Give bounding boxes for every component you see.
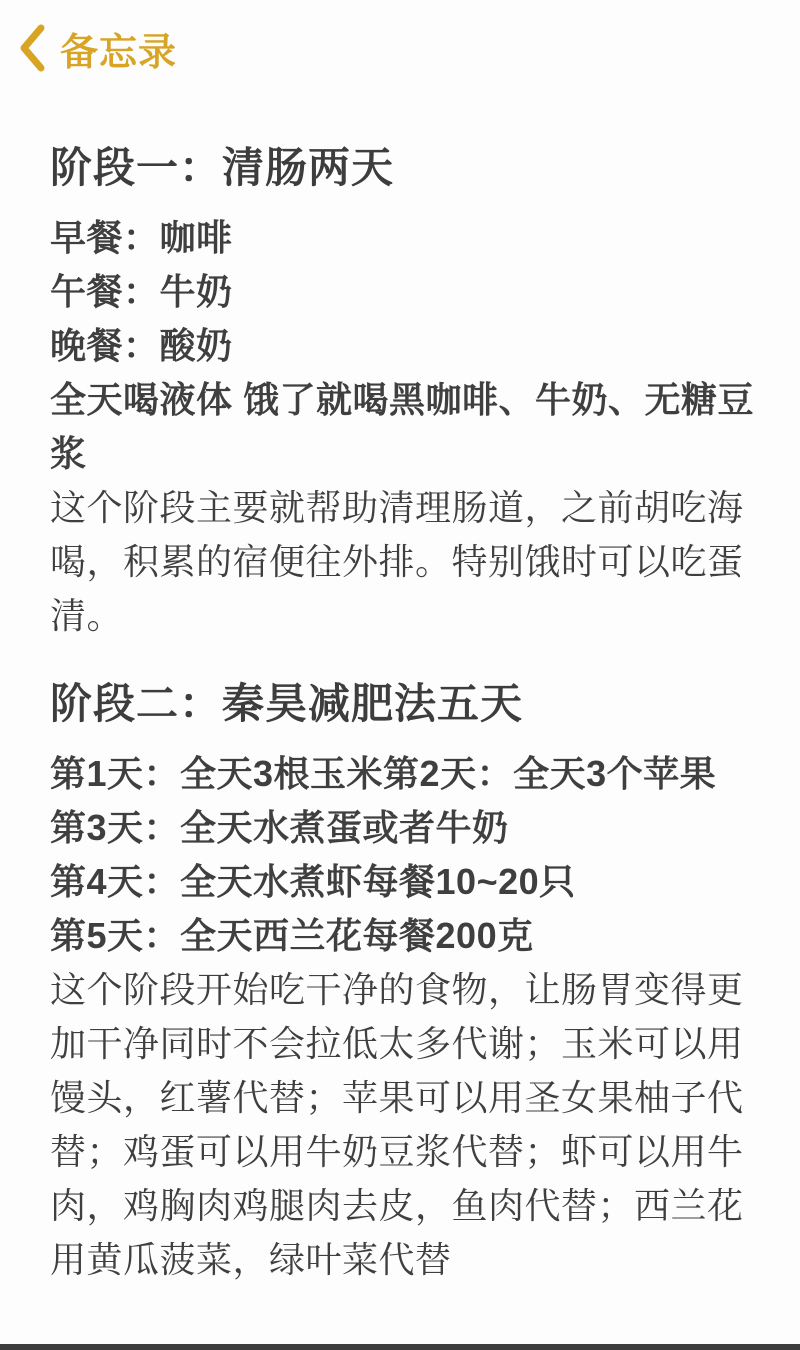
meal-line-breakfast: 早餐：咖啡 — [50, 211, 755, 265]
day-line-1-2: 第1天：全天3根玉米第2天：全天3个苹果 — [50, 747, 755, 801]
stage-two-heading: 阶段二：秦昊减肥法五天 — [50, 678, 755, 730]
day-line-5: 第5天：全天西兰花每餐200克 — [50, 909, 755, 963]
meal-line-allday: 全天喝液体 饿了就喝黑咖啡、牛奶、无糖豆浆 — [50, 373, 755, 481]
day-line-4: 第4天：全天水煮虾每餐10~20只 — [50, 855, 755, 909]
meal-line-lunch: 午餐：牛奶 — [50, 265, 755, 319]
top-navigation-bar: 备忘录 — [0, 0, 800, 76]
stage-two-paragraph: 这个阶段开始吃干净的食物，让肠胃变得更加干净同时不会拉低太多代谢；玉米可以用馒头… — [50, 963, 755, 1287]
back-chevron-icon — [16, 22, 48, 74]
stage-two-body: 第1天：全天3根玉米第2天：全天3个苹果 第3天：全天水煮蛋或者牛奶 第4天：全… — [50, 747, 755, 1287]
back-button[interactable]: 备忘录 — [16, 21, 177, 76]
section-stage-one: 阶段一：清肠两天 早餐：咖啡 午餐：牛奶 晚餐：酸奶 全天喝液体 饿了就喝黑咖啡… — [50, 142, 755, 643]
back-label[interactable]: 备忘录 — [60, 21, 177, 76]
note-content: 阶段一：清肠两天 早餐：咖啡 午餐：牛奶 晚餐：酸奶 全天喝液体 饿了就喝黑咖啡… — [0, 142, 800, 1287]
section-stage-two: 阶段二：秦昊减肥法五天 第1天：全天3根玉米第2天：全天3个苹果 第3天：全天水… — [50, 678, 755, 1287]
stage-one-paragraph: 这个阶段主要就帮助清理肠道，之前胡吃海喝，积累的宿便往外排。特别饿时可以吃蛋清。 — [50, 481, 755, 643]
stage-one-heading: 阶段一：清肠两天 — [50, 142, 755, 194]
stage-one-body: 早餐：咖啡 午餐：牛奶 晚餐：酸奶 全天喝液体 饿了就喝黑咖啡、牛奶、无糖豆浆 … — [50, 211, 755, 643]
day-line-3: 第3天：全天水煮蛋或者牛奶 — [50, 801, 755, 855]
bottom-divider-bar — [0, 1344, 800, 1350]
meal-line-dinner: 晚餐：酸奶 — [50, 319, 755, 373]
